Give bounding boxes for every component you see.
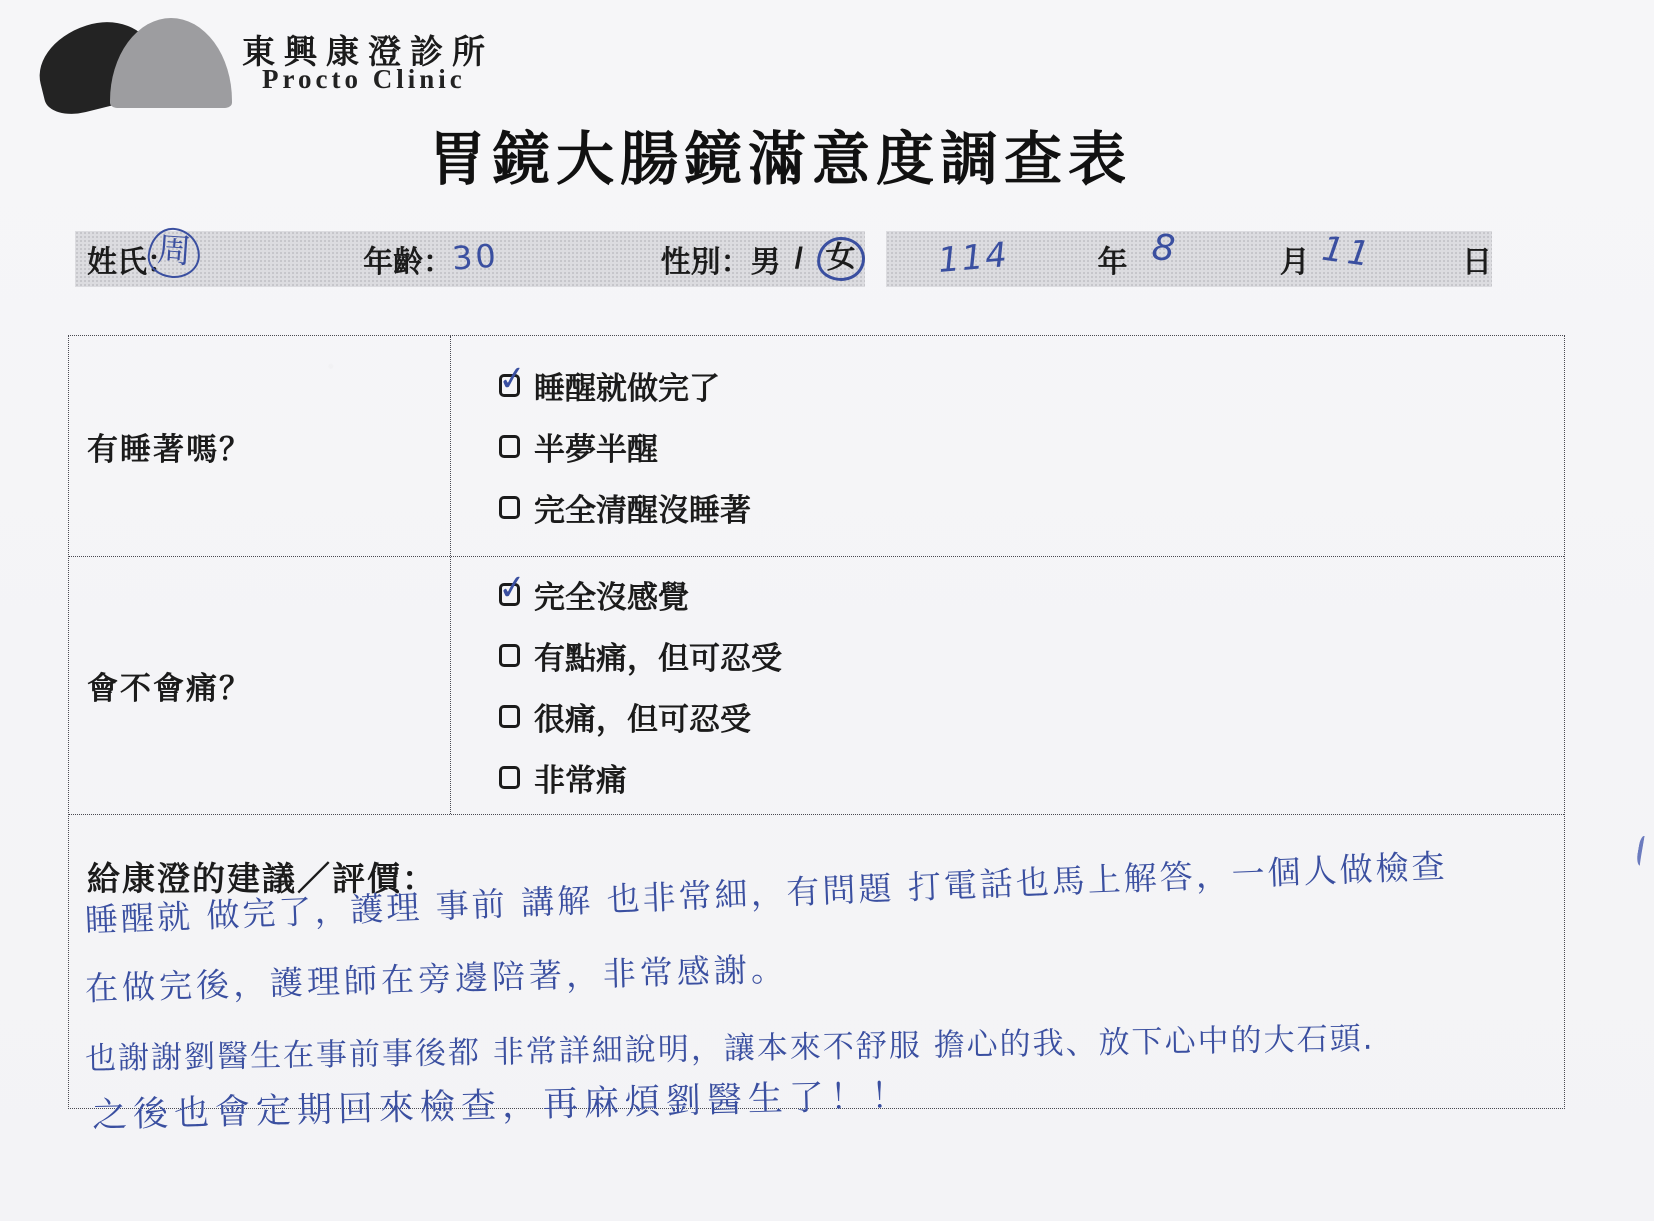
- option-row: ✓ 睡醒就做完了: [499, 363, 1564, 408]
- gender-label: 性別：男: [661, 237, 781, 281]
- option-row: ✓ 完全沒感覺: [499, 572, 1564, 617]
- checkbox: ✓: [499, 705, 520, 728]
- month-handwritten-value: 8: [1150, 227, 1177, 270]
- checkbox: ✓: [499, 435, 520, 458]
- checkbox: ✓: [499, 644, 520, 667]
- checkbox: ✓: [499, 374, 520, 397]
- checkbox: ✓: [499, 766, 520, 789]
- option-label: 非常痛: [534, 755, 627, 800]
- checkbox: ✓: [499, 496, 520, 519]
- day-handwritten-value: 11: [1319, 229, 1375, 276]
- age-handwritten-value: 30: [451, 236, 500, 277]
- option-label: 睡醒就做完了: [534, 363, 720, 408]
- form-title: 胃鏡大腸鏡滿意度調查表: [0, 112, 1560, 196]
- option-label: 很痛，但可忍受: [534, 694, 751, 739]
- age-label: 年齡：: [363, 237, 453, 281]
- stray-ink-mark: [1635, 835, 1650, 866]
- checkbox: ✓: [499, 583, 520, 606]
- option-row: ✓ 非常痛: [499, 755, 1564, 800]
- option-label: 半夢半醒: [534, 424, 658, 469]
- options-cell-sleep: ✓ 睡醒就做完了 ✓ 半夢半醒 ✓ 完全清醒沒睡著: [451, 336, 1564, 556]
- option-label: 完全沒感覺: [534, 572, 689, 617]
- options-cell-pain: ✓ 完全沒感覺 ✓ 有點痛，但可忍受 ✓ 很痛，但可忍受 ✓ 非常: [451, 557, 1564, 814]
- gender-separator: /: [795, 242, 803, 276]
- checkmark-icon: ✓: [496, 357, 529, 400]
- question-label-sleep: 有睡著嗎？: [87, 424, 252, 469]
- question-cell: 有睡著嗎？: [69, 336, 451, 556]
- option-row: ✓ 有點痛，但可忍受: [499, 633, 1564, 678]
- option-label: 有點痛，但可忍受: [534, 633, 782, 678]
- clinic-name-en: Procto Clinic: [262, 64, 466, 95]
- year-handwritten-value: 114: [936, 235, 1010, 281]
- scanned-survey-form: { "header": { "clinic_name_zh": "東興康澄診所"…: [0, 0, 1654, 1221]
- checkmark-icon: ✓: [496, 566, 529, 609]
- question-label-pain: 會不會痛？: [87, 663, 252, 708]
- question-row-sleep: 有睡著嗎？ ✓ 睡醒就做完了 ✓ 半夢半醒 ✓ 完全清醒沒睡著: [69, 336, 1564, 557]
- option-row: ✓ 半夢半醒: [499, 424, 1564, 469]
- question-cell: 會不會痛？: [69, 557, 451, 814]
- option-row: ✓ 完全清醒沒睡著: [499, 485, 1564, 530]
- gender-selected-circle: 女: [816, 235, 867, 282]
- option-row: ✓ 很痛，但可忍受: [499, 694, 1564, 739]
- year-label: 年: [1097, 237, 1127, 281]
- month-label: 月: [1280, 237, 1310, 281]
- clinic-logo: [38, 10, 238, 110]
- option-label: 完全清醒沒睡著: [534, 485, 751, 530]
- day-label: 日: [1462, 237, 1492, 281]
- question-row-pain: 會不會痛？ ✓ 完全沒感覺 ✓ 有點痛，但可忍受 ✓ 很痛，但可忍受: [69, 557, 1564, 815]
